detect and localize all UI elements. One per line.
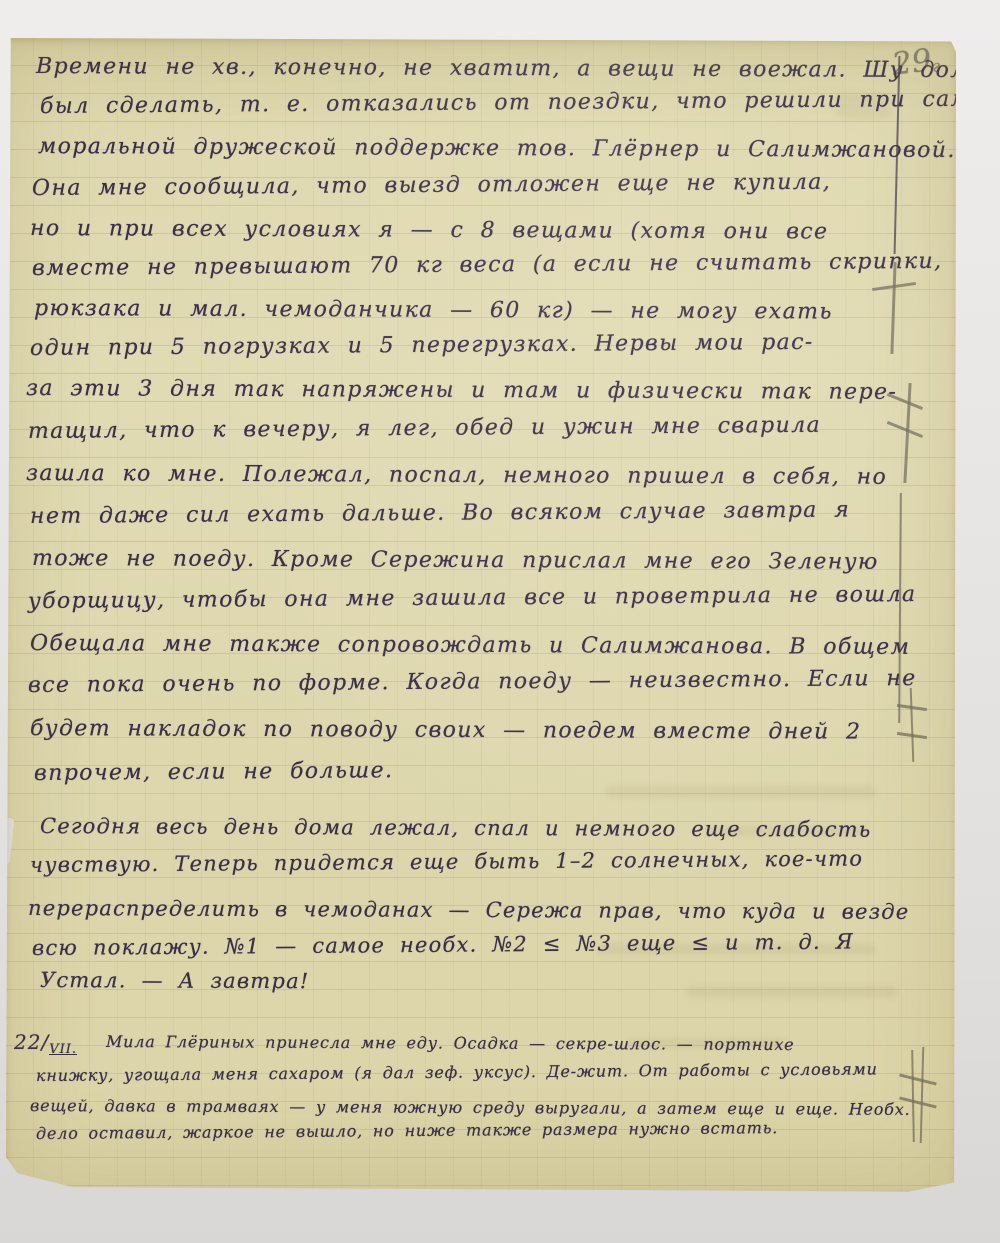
text-line: всю поклажу. №1 — самое необх. №2 ≤ №3 е… bbox=[32, 930, 854, 961]
margin-mark-pencil-double-line bbox=[911, 1050, 915, 1142]
margin-mark-pencil-cross bbox=[890, 262, 896, 354]
text-line: зашла ко мне. Полежал, поспал, немного п… bbox=[26, 461, 887, 491]
margin-mark-pencil-double-line-bar bbox=[899, 1073, 936, 1085]
text-line: Сегодня весь день дома лежал, спал и нем… bbox=[40, 814, 872, 843]
text-line: вещей, давка в трамваях — у меня южную с… bbox=[30, 1096, 911, 1119]
text-line: моральной дружеской поддержке тов. Глёрн… bbox=[38, 134, 956, 164]
text-line: дело оставил, жаркое не вышло, но ниже т… bbox=[36, 1118, 778, 1143]
text-line: будет накладок по поводу своих — поедем … bbox=[30, 716, 862, 746]
ink-bleed-through bbox=[686, 986, 896, 997]
text-line: рюкзака и мал. чемоданчика — 60 кг) — не… bbox=[34, 296, 833, 325]
ruled-grid-lines bbox=[6, 38, 956, 1194]
text-line: перераспределить в чемоданах — Сережа пр… bbox=[28, 896, 910, 925]
text-line: тащил, что к вечеру, я лег, обед и ужин … bbox=[28, 413, 821, 445]
text-line: Она мне сообщила, что выезд отложен еще … bbox=[32, 170, 831, 202]
text-line: был сделать, т. е. отказались от поездки… bbox=[40, 86, 1000, 120]
text-line: тоже не поеду. Кроме Сережина прислал мн… bbox=[32, 546, 879, 576]
margin-mark-pencil-hook bbox=[910, 688, 915, 762]
text-line: за эти 3 дня так напряжены и там и физич… bbox=[26, 376, 897, 406]
paper-edge-tear bbox=[0, 818, 14, 865]
text-line: впрочем, если не больше. bbox=[34, 758, 394, 787]
text-line: чувствую. Теперь придется еще быть 1–2 с… bbox=[30, 846, 863, 878]
text-line: нет даже сил ехать дальше. Во всяком слу… bbox=[30, 498, 850, 530]
margin-mark-pencil-double-line bbox=[920, 1047, 925, 1143]
date-marker: 22/VII. bbox=[14, 1030, 77, 1057]
date-month: VII. bbox=[49, 1042, 77, 1057]
text-line: Устал. — А завтра! bbox=[40, 968, 310, 994]
date-day: 22/ bbox=[14, 1030, 49, 1054]
text-line: вместе не превышают 70 кг веса (а если н… bbox=[32, 249, 943, 282]
text-line: Времени не хв., конечно, не хватит, а ве… bbox=[36, 54, 1000, 84]
ink-bleed-through bbox=[606, 786, 876, 798]
text-line: один при 5 погрузках и 5 перегрузках. Не… bbox=[30, 330, 814, 362]
manuscript-paper: 29г Времени не хв., конечно, не хватит, … bbox=[6, 38, 956, 1194]
text-line: все пока очень по форме. Когда поеду — н… bbox=[28, 666, 917, 699]
text-line: уборщицу, чтобы она мне зашила все и про… bbox=[28, 582, 917, 615]
text-line: но и при всех условиях я — с 8 вещами (х… bbox=[30, 216, 829, 245]
text-line: Обещала мне также сопровождать и Салимжа… bbox=[30, 631, 910, 661]
text-line: Мила Глёриных принесла мне еду. Осадка —… bbox=[106, 1032, 795, 1054]
text-line: книжку, угощала меня сахаром (я дал зеф.… bbox=[36, 1059, 878, 1085]
